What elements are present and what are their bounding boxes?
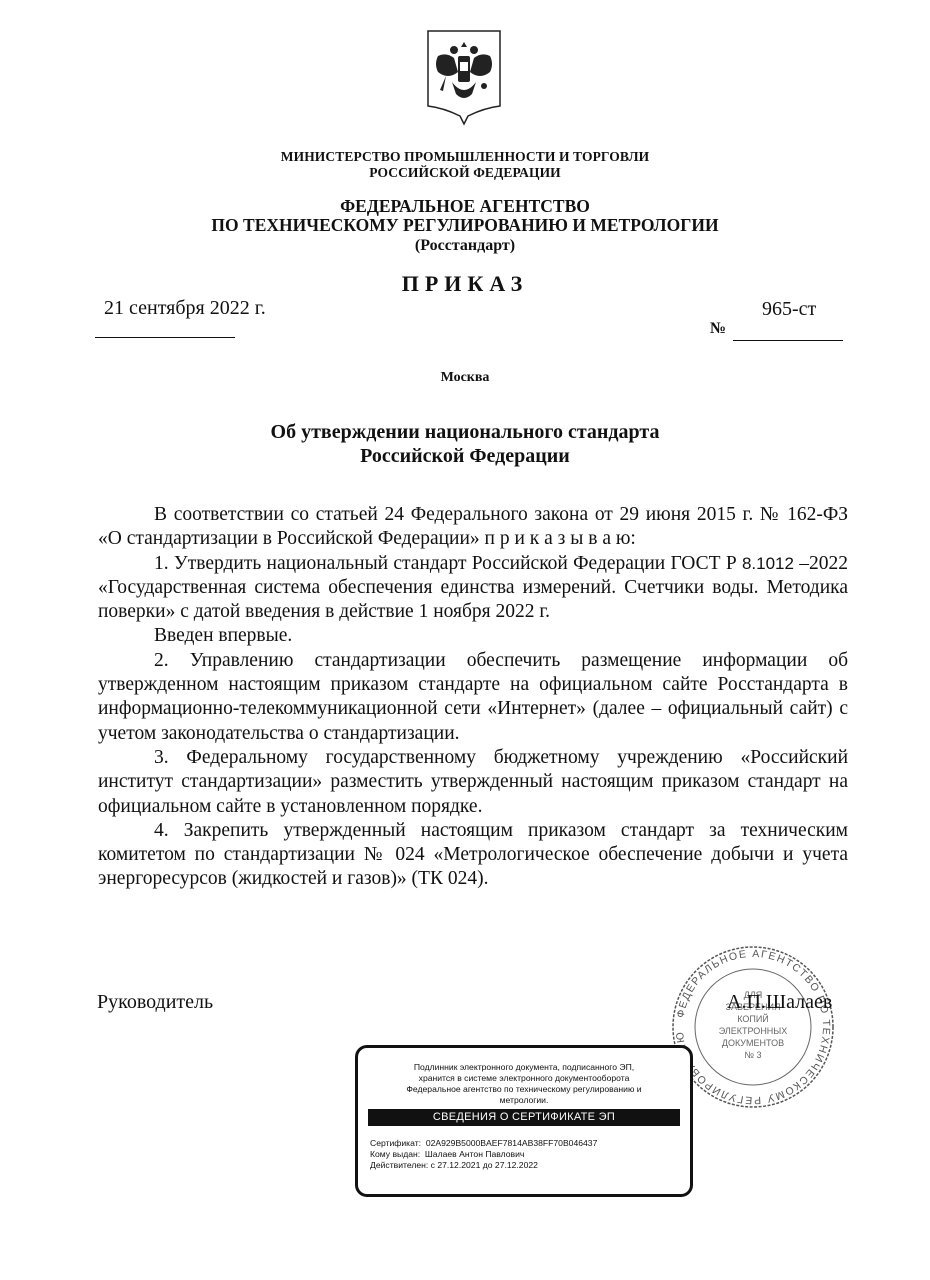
item-1-prefix: 1. Утвердить национальный стандарт Росси… — [154, 553, 742, 574]
subject-line2: Российской Федерации — [0, 444, 930, 468]
date-underline — [95, 337, 235, 338]
item-4: 4. Закрепить утвержденный настоящим прик… — [98, 819, 848, 892]
ep-certificate-details: Сертификат: 02A929B5000BAEF7814AB38FF70B… — [370, 1138, 690, 1171]
ministry-name-line1: МИНИСТЕРСТВО ПРОМЫШЛЕННОСТИ И ТОРГОВЛИ — [0, 149, 930, 165]
order-subject: Об утверждении национального стандарта Р… — [0, 420, 930, 468]
ep-certificate-id: Сертификат: 02A929B5000BAEF7814AB38FF70B… — [370, 1138, 690, 1149]
seal-inner-line4: ЭЛЕКТРОННЫХ — [719, 1026, 788, 1036]
order-body: В соответствии со статьей 24 Федеральног… — [98, 503, 848, 892]
order-number: 965-ст — [762, 298, 816, 321]
order-date: 21 сентября 2022 г. — [104, 297, 266, 320]
item-2: 2. Управлению стандартизации обеспечить … — [98, 649, 848, 746]
ep-validity: Действителен: с 27.12.2021 до 27.12.2022 — [370, 1160, 690, 1171]
ep-issued-to: Кому выдан: Шалаев Антон Павлович — [370, 1149, 690, 1160]
ministry-name-line2: РОССИЙСКОЙ ФЕДЕРАЦИИ — [0, 165, 930, 181]
official-seal: ФЕДЕРАЛЬНОЕ АГЕНТСТВО ПО ТЕХНИЧЕСКОМУ РЕ… — [668, 942, 838, 1112]
agency-name-line1: ФЕДЕРАЛЬНОЕ АГЕНТСТВО — [0, 196, 930, 217]
number-sign: № — [710, 320, 726, 338]
item-3: 3. Федеральному государственному бюджетн… — [98, 746, 848, 819]
ep-certificate-heading: СВЕДЕНИЯ О СЕРТИФИКАТЕ ЭП — [368, 1109, 680, 1126]
seal-inner-line6: № 3 — [744, 1050, 761, 1060]
order-city: Москва — [0, 370, 930, 386]
agency-name-line2: ПО ТЕХНИЧЕСКОМУ РЕГУЛИРОВАНИЮ И МЕТРОЛОГ… — [0, 215, 930, 236]
subject-line1: Об утверждении национального стандарта — [0, 420, 930, 444]
seal-inner-line5: ДОКУМЕНТОВ — [722, 1038, 784, 1048]
russian-coat-of-arms-icon — [424, 28, 504, 128]
ep-notice-line2: хранится в системе электронного документ… — [374, 1073, 674, 1084]
ep-notice-line3: Федеральное агентство по техническому ре… — [374, 1084, 674, 1095]
ep-notice-line1: Подлинник электронного документа, подпис… — [374, 1062, 674, 1073]
item-1: 1. Утвердить национальный стандарт Росси… — [98, 552, 848, 625]
gost-code: 8.1012 — [742, 554, 794, 573]
item-1-note: Введен впервые. — [98, 624, 848, 648]
seal-inner-line3: КОПИЙ — [737, 1013, 769, 1024]
number-underline — [733, 340, 843, 341]
e-signature-certificate-box: Подлинник электронного документа, подпис… — [355, 1045, 693, 1197]
document-title: ПРИКАЗ — [0, 271, 930, 297]
ep-notice-line4: метрологии. — [374, 1095, 674, 1106]
agency-short-name: (Росстандарт) — [0, 235, 930, 256]
ep-notice: Подлинник электронного документа, подпис… — [358, 1062, 690, 1106]
signatory-role: Руководитель — [97, 991, 213, 1014]
preamble: В соответствии со статьей 24 Федеральног… — [98, 503, 848, 552]
signatory-name: А.П.Шалаев — [727, 991, 832, 1014]
